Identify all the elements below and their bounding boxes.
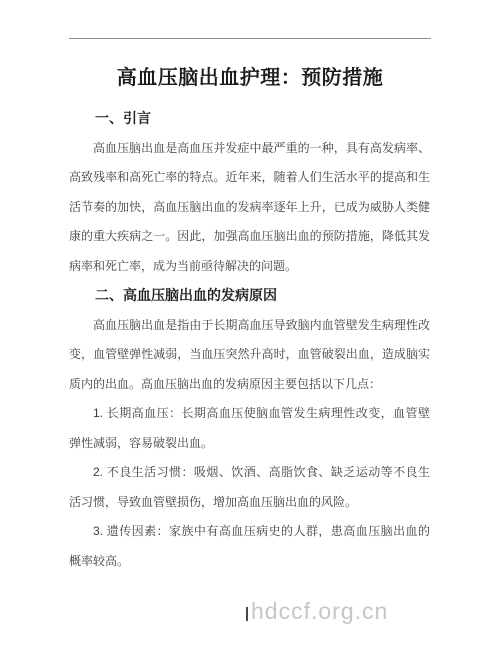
section-heading-introduction: 一、引言	[69, 104, 430, 134]
document-page: 高血压脑出血护理：预防措施 一、引言 高血压脑出血是高血压并发症中最严重的一种，…	[0, 0, 500, 647]
paragraph-causes-overview: 高血压脑出血是指由于长期高血压导致脑内血管壁发生病理性改变，血管壁弹性减弱，当血…	[69, 311, 430, 400]
section-heading-causes: 二、高血压脑出血的发病原因	[69, 281, 430, 311]
list-item-genetic-factors: 3. 遗传因素：家族中有高血压病史的人群，患高血压脑出血的概率较高。	[69, 517, 430, 576]
list-item-long-term-hypertension: 1. 长期高血压：长期高血压使脑血管发生病理性改变，血管壁弹性减弱，容易破裂出血…	[69, 399, 430, 458]
text-cursor	[246, 607, 248, 621]
watermark-text: hdccf.org.cn	[251, 598, 388, 624]
document-body: 一、引言 高血压脑出血是高血压并发症中最严重的一种，具有高发病率、高致残率和高死…	[69, 104, 430, 576]
paragraph-introduction: 高血压脑出血是高血压并发症中最严重的一种，具有高发病率、高致残率和高死亡率的特点…	[69, 134, 430, 282]
document-title: 高血压脑出血护理：预防措施	[0, 61, 500, 90]
list-item-unhealthy-lifestyle: 2. 不良生活习惯：吸烟、饮酒、高脂饮食、缺乏运动等不良生活习惯，导致血管壁损伤…	[69, 458, 430, 517]
header-rule	[69, 38, 431, 39]
